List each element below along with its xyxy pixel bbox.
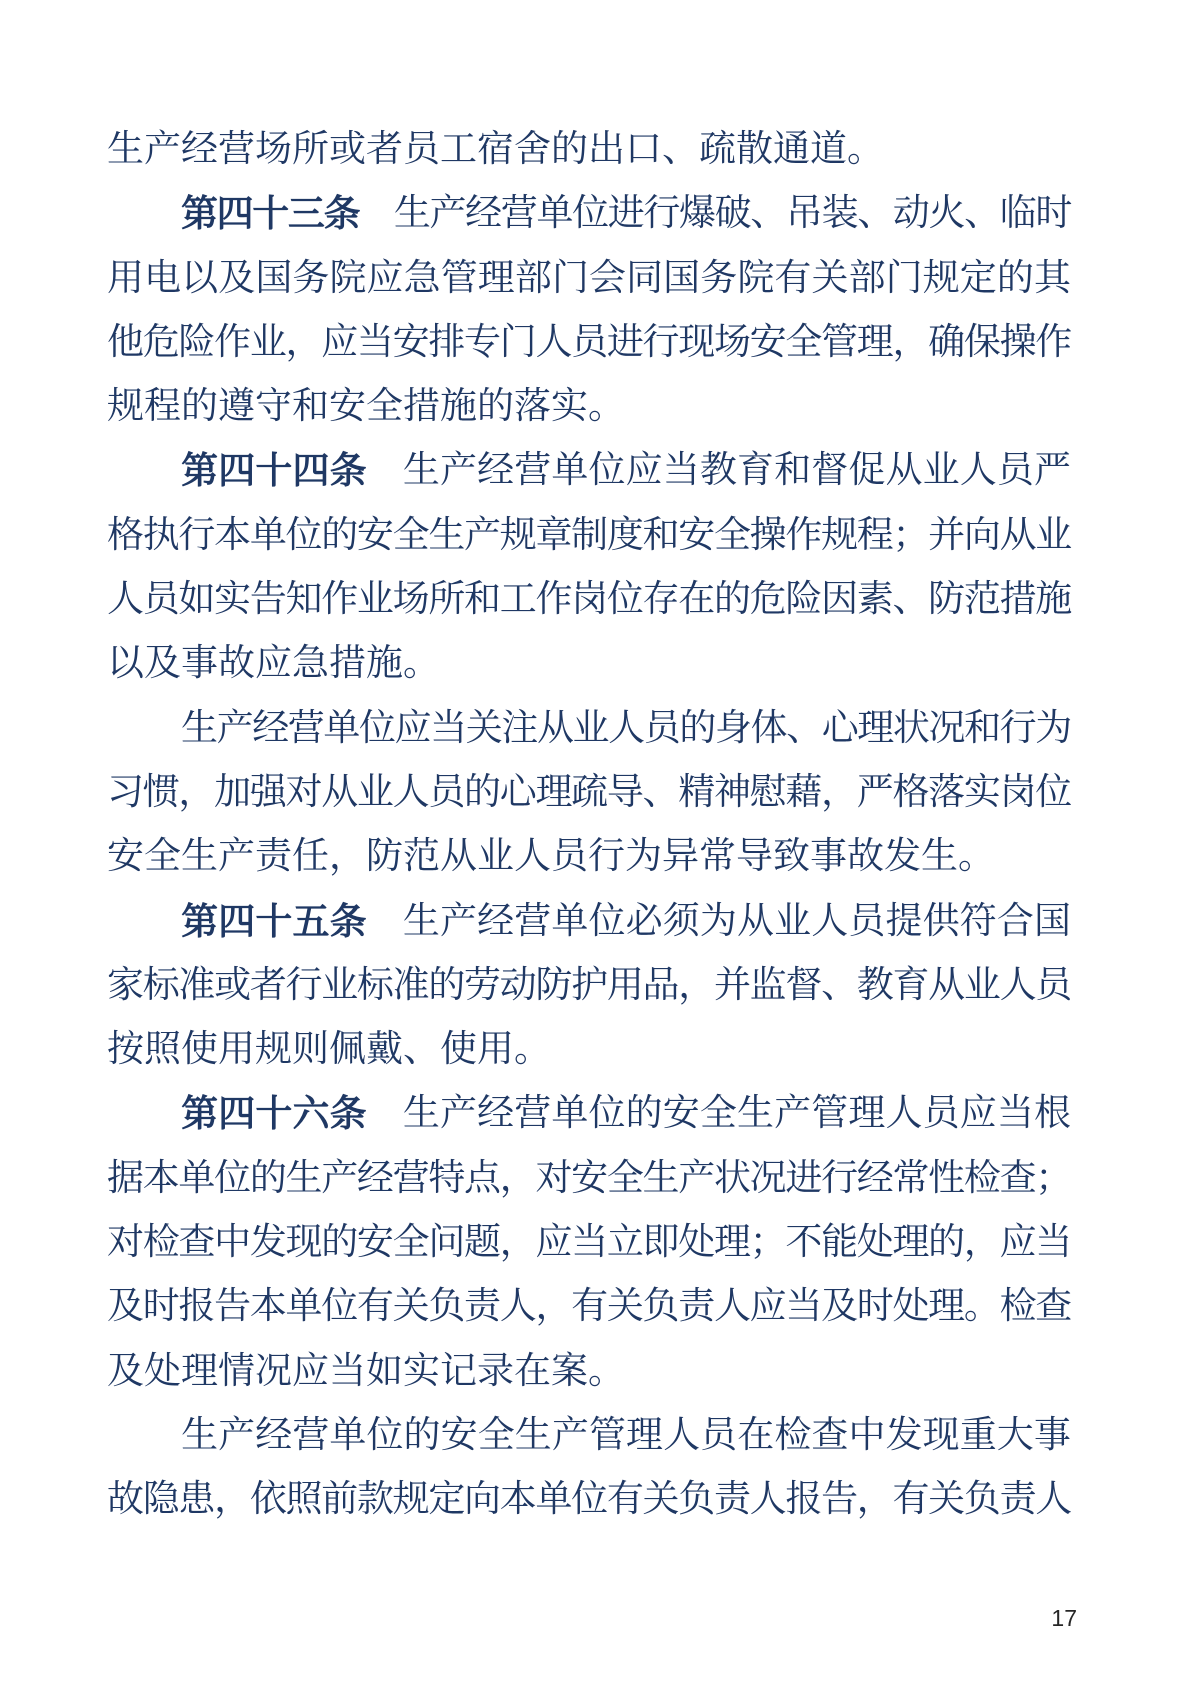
body-char: 当	[1035, 1211, 1071, 1275]
body-char: 处	[892, 1275, 928, 1339]
body-char: 案	[551, 1340, 588, 1404]
body-char: 场	[255, 118, 292, 182]
body-char: 位	[571, 1468, 607, 1532]
body-char: 教	[857, 954, 893, 1018]
body-char: 故	[218, 632, 255, 696]
body-char: 生	[403, 1082, 440, 1146]
body-char: 从	[537, 697, 573, 761]
body-char: 的	[321, 504, 357, 568]
text-line: 第四十四条生产经营单位应当教育和督促从业人员严	[107, 439, 1071, 503]
text-line: 生产经营单位的安全生产管理人员在检查中发现重大事	[107, 1404, 1071, 1468]
body-char: 导	[736, 825, 773, 889]
body-char: 、	[750, 182, 786, 246]
body-char: 安	[663, 1082, 700, 1146]
body-char: 格	[892, 761, 928, 825]
body-char: 安	[571, 1147, 607, 1211]
body-char: 规	[821, 504, 857, 568]
body-char: 守	[255, 375, 292, 439]
body-char: 当	[357, 311, 393, 375]
body-char: ，	[678, 954, 714, 1018]
body-char: ，	[500, 1147, 536, 1211]
body-char: 破	[715, 182, 751, 246]
body-char: 有	[571, 1275, 607, 1339]
body-char: 生	[394, 182, 430, 246]
body-char: 危	[750, 568, 786, 632]
body-char: 人	[886, 1082, 923, 1146]
body-char: 时	[143, 1275, 179, 1339]
text-line: 家标准或者行业标准的劳动防护用品，并监督、教育从业人员	[107, 954, 1071, 1018]
body-char: 现	[678, 311, 714, 375]
body-char: 现	[923, 1404, 960, 1468]
body-char: 本	[250, 1275, 286, 1339]
body-char: 人	[1000, 954, 1036, 1018]
body-char: 产	[218, 825, 255, 889]
body-char: 所	[292, 118, 329, 182]
body-char: 查	[1035, 1275, 1071, 1339]
body-char: 员	[997, 439, 1034, 503]
body-char: 员	[428, 761, 464, 825]
body-char: 管	[811, 1082, 848, 1146]
body-char: 理	[848, 1082, 885, 1146]
body-char: 全	[700, 1082, 737, 1146]
text-line: 安全生产责任，防范从业人员行为异常导致事故发生。	[107, 825, 1071, 889]
body-char: 严	[857, 761, 893, 825]
body-char: 理	[857, 697, 893, 761]
body-char: 险	[785, 568, 821, 632]
body-char: 按	[107, 1018, 144, 1082]
body-char: 当	[997, 1082, 1034, 1146]
body-char: 全	[393, 504, 429, 568]
body-char: 以	[181, 247, 218, 311]
body-char: 检	[1000, 1275, 1036, 1339]
body-char: 对	[535, 1147, 571, 1211]
body-char: 生	[428, 504, 464, 568]
body-char: 应	[1000, 1211, 1036, 1275]
body-char: 。	[964, 1275, 1000, 1339]
body-char: 应	[292, 1340, 329, 1404]
body-char: 当	[663, 439, 700, 503]
body-char: 故	[847, 825, 884, 889]
body-char: 安	[357, 504, 393, 568]
body-char: 经	[477, 890, 514, 954]
body-char: 戴	[366, 1018, 403, 1082]
body-char: 规	[923, 247, 960, 311]
body-char: 当	[571, 1211, 607, 1275]
text-line: 故隐患，依照前款规定向本单位有关负责人报告，有关负责人	[107, 1468, 1071, 1532]
body-char: 业	[477, 825, 514, 889]
body-char: 如	[178, 568, 214, 632]
body-char: 作	[1035, 311, 1071, 375]
body-char: 定	[960, 247, 997, 311]
body-char: 遵	[218, 375, 255, 439]
body-char: 规	[500, 504, 536, 568]
body-char: 和	[464, 568, 500, 632]
body-char: 生	[286, 1147, 322, 1211]
body-char: 单	[286, 1275, 322, 1339]
body-char: 作	[535, 568, 571, 632]
body-char: 应	[255, 632, 292, 696]
body-char: 发	[884, 825, 921, 889]
text-line: 生产经营单位应当关注从业人员的身体、心理状况和行为	[107, 697, 1071, 761]
body-char: 院	[737, 247, 774, 311]
body-char: 精	[678, 761, 714, 825]
text-line: 他危险作业，应当安排专门人员进行现场安全管理，确保操作	[107, 311, 1071, 375]
body-char: 负	[964, 1468, 1000, 1532]
body-char: 检	[774, 1404, 811, 1468]
body-char: 业	[321, 954, 357, 1018]
body-char: 从	[1000, 504, 1036, 568]
body-char: 理	[535, 761, 571, 825]
text-line: 第四十六条生产经营单位的安全生产管理人员应当根	[107, 1082, 1071, 1146]
body-char: 必	[626, 890, 663, 954]
body-char: 在	[514, 1340, 551, 1404]
body-char: 应	[626, 439, 663, 503]
body-char: 位	[321, 1275, 357, 1339]
body-char: 发	[886, 1404, 923, 1468]
text-line: 规程的遵守和安全措施的落实。	[107, 375, 1071, 439]
body-char: 及	[144, 632, 181, 696]
body-char: 单	[551, 890, 588, 954]
body-char: 当	[329, 1340, 366, 1404]
body-char: 生	[403, 439, 440, 503]
body-char: 处	[857, 1211, 893, 1275]
body-char: 位	[572, 182, 608, 246]
body-char: 的	[714, 568, 750, 632]
body-char: 告	[821, 1468, 857, 1532]
body-char: 、	[857, 182, 893, 246]
body-char: 的	[928, 1211, 964, 1275]
body-char: 人	[107, 568, 143, 632]
body-char: ，	[214, 1468, 250, 1532]
body-char: 本	[214, 504, 250, 568]
body-char: 应	[321, 311, 357, 375]
body-char: 。	[403, 632, 440, 696]
body-char: ，	[892, 311, 928, 375]
body-char: 负	[678, 1468, 714, 1532]
body-char: 和	[774, 439, 811, 503]
body-char: 、	[403, 1018, 440, 1082]
body-char: 格	[107, 504, 143, 568]
body-char: 门	[886, 247, 923, 311]
body-char: 落	[514, 375, 551, 439]
body-char: 家	[107, 954, 143, 1018]
body-char: 照	[286, 1468, 322, 1532]
body-char: 防	[535, 954, 571, 1018]
body-char: 向	[964, 504, 1000, 568]
body-char: 事	[810, 825, 847, 889]
body-char: 保	[964, 311, 1000, 375]
body-char: 劳	[464, 954, 500, 1018]
body-char: 部	[849, 247, 886, 311]
body-char: 检	[143, 1211, 179, 1275]
body-char: 在	[737, 1404, 774, 1468]
body-char: 位	[589, 1082, 626, 1146]
body-char: 营	[288, 697, 324, 761]
body-char: 作	[785, 504, 821, 568]
body-char: 准	[178, 954, 214, 1018]
body-char: 应	[395, 697, 431, 761]
body-char: 经	[857, 1147, 893, 1211]
body-char: 理	[857, 311, 893, 375]
body-char: 发	[250, 1211, 286, 1275]
body-char: 产	[440, 439, 477, 503]
body-char: 行	[643, 182, 679, 246]
body-char: 进	[608, 182, 644, 246]
body-char: 险	[178, 311, 214, 375]
body-char: 从	[440, 825, 477, 889]
body-char: 理	[928, 1275, 964, 1339]
body-char: 员	[571, 311, 607, 375]
body-char: 操	[1000, 311, 1036, 375]
body-char: 理	[478, 247, 515, 311]
body-char: 营	[501, 182, 537, 246]
text-line: 用电以及国务院应急管理部门会同国务院有关部门规定的其	[107, 247, 1071, 311]
body-char: 规	[255, 1018, 292, 1082]
body-char: 事	[181, 632, 218, 696]
body-char: 致	[773, 825, 810, 889]
body-char: 重	[960, 1404, 997, 1468]
body-char: 岗	[1000, 761, 1036, 825]
body-char: 其	[1034, 247, 1071, 311]
body-char: 责	[678, 1275, 714, 1339]
body-char: 情	[218, 1340, 255, 1404]
body-char: 导	[607, 761, 643, 825]
body-char: 工	[440, 118, 477, 182]
body-char: 佩	[329, 1018, 366, 1082]
body-char: 安	[393, 311, 429, 375]
body-char: 业	[573, 697, 609, 761]
body-char: 为	[1035, 697, 1071, 761]
article-number-char: 第	[181, 1082, 218, 1146]
body-char: 口	[625, 118, 662, 182]
body-char: 施	[1035, 568, 1071, 632]
article-number-char: 第	[181, 439, 218, 503]
body-char: 施	[440, 375, 477, 439]
article-number-char: 条	[330, 439, 367, 503]
body-char: 符	[960, 890, 997, 954]
body-char: 单	[178, 1147, 214, 1211]
body-char: 根	[1034, 1082, 1071, 1146]
body-char: 行	[821, 1147, 857, 1211]
body-char: 使	[440, 1018, 477, 1082]
body-char: 责	[714, 1468, 750, 1532]
body-char: 位	[214, 1147, 250, 1211]
body-char: ；	[1035, 1147, 1071, 1211]
body-char: 中	[214, 1211, 250, 1275]
body-char: 向	[464, 1468, 500, 1532]
body-char: 单	[536, 182, 572, 246]
body-char: 责	[1000, 1468, 1036, 1532]
body-char: 安	[678, 504, 714, 568]
body-char: 经	[255, 1404, 292, 1468]
body-char: 款	[357, 1468, 393, 1532]
body-char: 业	[1035, 504, 1071, 568]
body-char: 、	[786, 697, 822, 761]
body-char: 位	[359, 697, 395, 761]
body-char: 现	[286, 1211, 322, 1275]
body-char: 全	[785, 311, 821, 375]
body-char: 或	[214, 954, 250, 1018]
body-char: 。	[588, 1340, 625, 1404]
body-char: 单	[551, 439, 588, 503]
body-char: 经	[477, 439, 514, 503]
body-char: 及	[107, 1275, 143, 1339]
body-char: 产	[464, 504, 500, 568]
body-char: 的	[551, 118, 588, 182]
body-char: 。	[514, 1018, 551, 1082]
body-char: 时	[1035, 182, 1071, 246]
body-char: ，	[286, 311, 322, 375]
body-char: 理	[626, 1404, 663, 1468]
body-char: 从	[886, 439, 923, 503]
body-char: 性	[928, 1147, 964, 1211]
body-char: 不	[785, 1211, 821, 1275]
text-line: 人员如实告知作业场所和工作岗位存在的危险因素、防范措施	[107, 568, 1071, 632]
text-line: 按照使用规则佩戴、使用。	[107, 1018, 1071, 1082]
body-char: 况	[928, 697, 964, 761]
body-char: 道	[810, 118, 847, 182]
body-char: 经	[252, 697, 288, 761]
article-number-char: 十	[255, 890, 292, 954]
body-char: 行	[1000, 697, 1036, 761]
body-char: 从	[321, 761, 357, 825]
body-char: 位	[286, 504, 322, 568]
body-char: 知	[286, 568, 322, 632]
body-char: 施	[366, 632, 403, 696]
text-line: 及时报告本单位有关负责人，有关负责人应当及时处理。检查	[107, 1275, 1071, 1339]
body-char: 员	[551, 825, 588, 889]
body-char: 行	[178, 504, 214, 568]
body-char: 火	[928, 182, 964, 246]
body-char: 品	[643, 954, 679, 1018]
body-char: 员	[143, 568, 179, 632]
body-char: 生	[403, 890, 440, 954]
body-char: 人	[608, 697, 644, 761]
body-char: 措	[329, 632, 366, 696]
body-char: 疏	[571, 761, 607, 825]
body-char: 措	[1000, 568, 1036, 632]
body-char: 关	[607, 1275, 643, 1339]
body-char: 安	[357, 1211, 393, 1275]
body-char: 故	[107, 1468, 143, 1532]
body-char: 常	[892, 1147, 928, 1211]
body-char: 前	[321, 1468, 357, 1532]
body-char: 事	[1034, 1404, 1071, 1468]
body-char: 产	[678, 1147, 714, 1211]
body-char: 急	[292, 632, 329, 696]
text-line: 据本单位的生产经营特点，对安全生产状况进行经常性检查；	[107, 1147, 1071, 1211]
text-line: 以及事故应急措施。	[107, 632, 1071, 696]
body-char: 依	[250, 1468, 286, 1532]
article-number-char: 十	[255, 1082, 292, 1146]
body-char: 人	[960, 439, 997, 503]
body-char: 的	[679, 697, 715, 761]
body-char: 的	[997, 247, 1034, 311]
body-char: 位	[589, 439, 626, 503]
body-char: 工	[500, 568, 536, 632]
body-char: 操	[750, 504, 786, 568]
body-char: 有	[357, 1275, 393, 1339]
body-char: 管	[441, 247, 478, 311]
body-char: 、	[892, 568, 928, 632]
body-char: 促	[848, 439, 885, 503]
body-char: 产	[440, 1082, 477, 1146]
body-char: 人	[1035, 1468, 1071, 1532]
body-char: 经	[181, 118, 218, 182]
body-char: ，	[535, 1275, 571, 1339]
body-char: 国	[1034, 890, 1071, 954]
body-char: 章	[535, 504, 571, 568]
body-char: 的	[464, 761, 500, 825]
body-char: ，	[821, 761, 857, 825]
body-char: 应	[535, 1211, 571, 1275]
body-char: 门	[552, 247, 589, 311]
body-char: 单	[535, 1468, 571, 1532]
body-char: 关	[811, 247, 848, 311]
body-char: 人	[393, 761, 429, 825]
text-line: 生产经营场所或者员工宿舍的出口、疏散通道。	[107, 118, 1071, 182]
body-char: 负	[643, 1275, 679, 1339]
body-char: 及	[107, 1340, 144, 1404]
body-char: 者	[366, 118, 403, 182]
body-char: 或	[329, 118, 366, 182]
body-char: 的	[477, 375, 514, 439]
body-char: 营	[514, 890, 551, 954]
body-char: 责	[255, 825, 292, 889]
body-char: 舍	[514, 118, 551, 182]
body-char: 出	[588, 118, 625, 182]
body-char: 为	[625, 825, 662, 889]
body-char: 和	[964, 697, 1000, 761]
body-char: 查	[178, 1211, 214, 1275]
body-char: 位	[1035, 761, 1071, 825]
body-char: 点	[464, 1147, 500, 1211]
body-char: 标	[357, 954, 393, 1018]
body-char: 宿	[477, 118, 514, 182]
page-number: 17	[1051, 1605, 1077, 1632]
body-char: 生	[181, 1404, 218, 1468]
text-block: 生产经营场所或者员工宿舍的出口、疏散通道。第四十三条生产经营单位进行爆破、吊装、…	[107, 118, 1071, 1533]
body-char: 常	[699, 825, 736, 889]
body-char: 实	[214, 568, 250, 632]
body-char: 有	[607, 1468, 643, 1532]
body-char: 电	[144, 247, 181, 311]
article-number-char: 条	[330, 1082, 367, 1146]
body-char: 业	[964, 954, 1000, 1018]
body-char: 会	[589, 247, 626, 311]
body-char: 为	[700, 890, 737, 954]
body-char: 防	[366, 825, 403, 889]
body-char: 员	[923, 1082, 960, 1146]
body-char: 标	[143, 954, 179, 1018]
body-char: 营	[514, 439, 551, 503]
body-char: 关	[643, 1468, 679, 1532]
body-char: 的	[321, 1211, 357, 1275]
body-char: 况	[255, 1340, 292, 1404]
body-char: 生	[515, 1404, 552, 1468]
body-char: 关	[466, 697, 502, 761]
body-char: 对	[107, 1211, 143, 1275]
body-char: 素	[857, 568, 893, 632]
body-char: 因	[821, 568, 857, 632]
body-char: 、	[643, 761, 679, 825]
body-char: 业	[774, 890, 811, 954]
body-char: 部	[515, 247, 552, 311]
body-char: 实	[551, 375, 588, 439]
body-char: 经	[477, 1082, 514, 1146]
article-number-char: 条	[330, 890, 367, 954]
body-char: 从	[928, 954, 964, 1018]
